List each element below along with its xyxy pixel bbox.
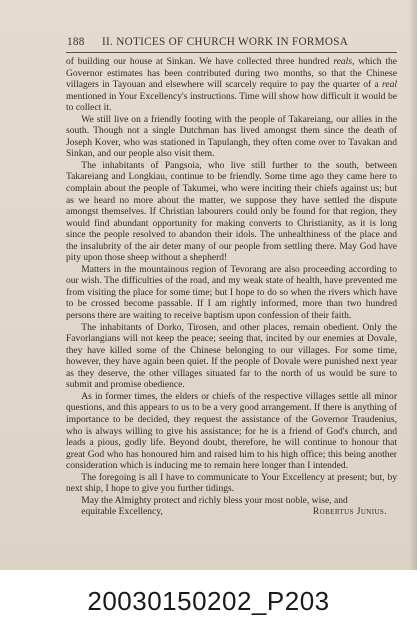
text-span: of building our house at Sinkan. We have… bbox=[66, 56, 333, 67]
page-number: 188 bbox=[67, 36, 85, 48]
signature: Robertus Junius. bbox=[298, 506, 397, 518]
page-header: 188 II. NOTICES OF CHURCH WORK IN FORMOS… bbox=[66, 36, 397, 50]
header-rule bbox=[66, 52, 397, 53]
scanned-page: 188 II. NOTICES OF CHURCH WORK IN FORMOS… bbox=[0, 0, 417, 570]
closing-line: equitable Excellency, Robertus Junius. bbox=[66, 506, 397, 518]
body-text: of building our house at Sinkan. We have… bbox=[66, 56, 397, 518]
paragraph-2: We still live on a friendly footing with… bbox=[66, 114, 397, 160]
paragraph-8: May the Almighty protect and richly bles… bbox=[66, 495, 397, 507]
italic-term: real bbox=[382, 79, 397, 90]
paragraph-3: The inhabitants of Pangsoia, who live st… bbox=[66, 160, 397, 264]
paragraph-1: of building our house at Sinkan. We have… bbox=[66, 56, 397, 114]
italic-term: reals bbox=[333, 56, 352, 67]
paragraph-5: The inhabitants of Dorko, Tirosen, and o… bbox=[66, 322, 397, 391]
paragraph-4: Matters in the mountainous region of Tev… bbox=[66, 264, 397, 322]
image-id-label: 20030150202_P203 bbox=[0, 586, 417, 617]
running-head: II. NOTICES OF CHURCH WORK IN FORMOSA bbox=[102, 36, 348, 48]
page-edge-shadow bbox=[409, 0, 417, 570]
paragraph-7: The foregoing is all I have to communica… bbox=[66, 472, 397, 495]
paragraph-6: As in former times, the elders or chiefs… bbox=[66, 391, 397, 472]
closing: equitable Excellency, bbox=[66, 506, 163, 518]
text-span: mentioned in Your Excellency's instructi… bbox=[66, 91, 397, 114]
